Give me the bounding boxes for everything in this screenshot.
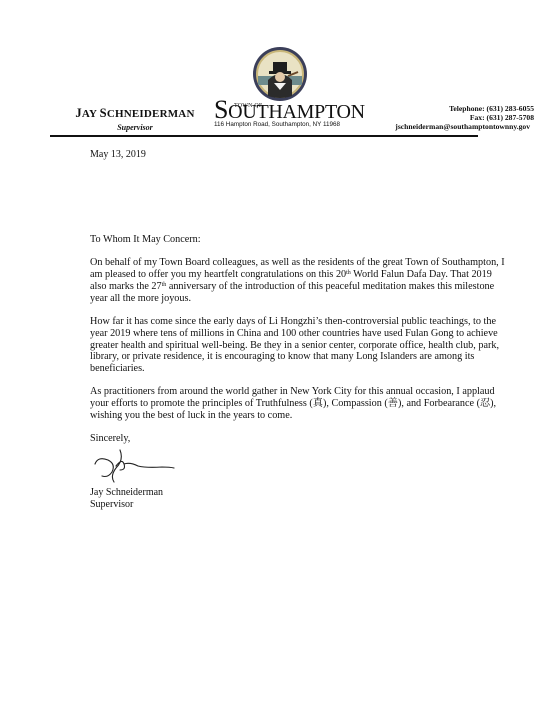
header-divider <box>50 135 478 137</box>
letter-date: May 13, 2019 <box>90 149 146 160</box>
closing: Sincerely, <box>90 433 510 445</box>
salutation: To Whom It May Concern: <box>90 234 510 246</box>
town-prefix: TOWN OF <box>234 103 262 109</box>
signer-title: Supervisor <box>90 499 163 511</box>
letter-body: To Whom It May Concern: On behalf of my … <box>90 234 510 457</box>
fax: Fax: (631) 287-5708 <box>364 113 534 122</box>
telephone: Telephone: (631) 283-6055 <box>364 104 534 113</box>
official-title: Supervisor <box>60 123 210 132</box>
signer-name: Jay Schneiderman <box>90 487 163 499</box>
handwritten-signature-icon <box>90 446 180 486</box>
contact-block: Telephone: (631) 283-6055 Fax: (631) 287… <box>364 104 534 132</box>
signer-block: Jay Schneiderman Supervisor <box>90 487 163 511</box>
paragraph-3: As practitioners from around the world g… <box>90 386 510 421</box>
email-link[interactable]: jschneiderman@southamptontownny.gov <box>364 122 530 131</box>
official-name: JAY SCHNEIDERMAN <box>60 106 210 121</box>
town-logo: TOWN OF SOUTHAMPTON 116 Hampton Road, So… <box>214 100 364 128</box>
official-block: JAY SCHNEIDERMAN Supervisor <box>60 106 210 132</box>
paragraph-2: How far it has come since the early days… <box>90 316 510 375</box>
paragraph-1: On behalf of my Town Board colleagues, a… <box>90 257 510 304</box>
town-seal-icon <box>252 46 308 102</box>
